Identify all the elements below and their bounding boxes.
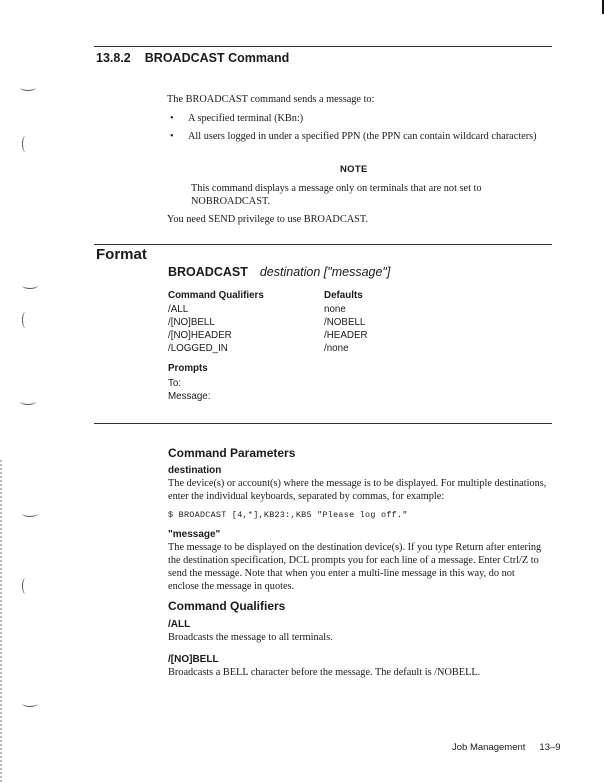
parameters-heading: Command Parameters	[168, 446, 295, 460]
scan-edge-shadow	[0, 460, 2, 783]
format-rule	[94, 244, 552, 245]
format-heading: Format	[96, 246, 147, 263]
section-number: 13.8.2	[96, 51, 131, 65]
qualifier-name: /[NO]HEADER	[168, 330, 324, 343]
punch-mark	[22, 700, 38, 707]
qualifiers-column-header: Command Qualifiers	[168, 290, 324, 303]
punch-mark	[22, 510, 38, 517]
parameter-name: "message"	[168, 529, 220, 540]
section-heading: 13.8.2BROADCAST Command	[96, 51, 289, 65]
punch-mark	[20, 84, 36, 91]
qualifier-detail-text: Broadcasts a BELL character before the m…	[168, 666, 480, 679]
qualifier-default: /HEADER	[324, 330, 474, 343]
qualifiers-heading: Command Qualifiers	[168, 599, 285, 613]
code-example: $ BROADCAST [4,*],KB23:,KB5 "Please log …	[168, 510, 408, 520]
punch-mark	[22, 136, 29, 152]
punch-mark	[20, 398, 36, 405]
qualifier-detail-name: /[NO]BELL	[168, 654, 219, 665]
parameter-description: The message to be displayed on the desti…	[168, 541, 548, 593]
privilege-text: You need SEND privilege to use BROADCAST…	[167, 213, 368, 226]
parameter-description: The device(s) or account(s) where the me…	[168, 477, 558, 503]
qualifier-name: /ALL	[168, 304, 324, 317]
qualifier-detail-text: Broadcasts the message to all terminals.	[168, 631, 333, 644]
qualifier-default: none	[324, 304, 474, 317]
syntax-line: BROADCASTdestination ["message"]	[168, 265, 390, 279]
punch-mark	[22, 282, 38, 289]
parameters-rule	[94, 423, 552, 424]
section-rule	[94, 46, 552, 47]
parameter-name: destination	[168, 465, 221, 476]
bullet-icon: •	[170, 112, 174, 125]
syntax-arguments: destination ["message"]	[260, 265, 390, 279]
prompts-block: Prompts To: Message:	[168, 363, 210, 404]
syntax-command: BROADCAST	[168, 265, 248, 279]
section-title: BROADCAST Command	[145, 51, 289, 65]
defaults-column-header: Defaults	[324, 290, 474, 303]
prompt-item: To:	[168, 378, 210, 391]
footer-chapter: Job Management	[452, 742, 525, 753]
qualifier-name: /LOGGED_IN	[168, 343, 324, 356]
note-text: This command displays a message only on …	[191, 182, 551, 208]
page-footer: Job Management13–9	[452, 742, 561, 753]
punch-mark	[22, 312, 29, 328]
qualifier-name: /[NO]BELL	[168, 317, 324, 330]
page-number: 13–9	[539, 742, 560, 753]
bullet-icon: •	[170, 130, 174, 143]
punch-mark	[22, 578, 29, 594]
qualifier-default: /none	[324, 343, 474, 356]
prompt-item: Message:	[168, 391, 210, 404]
qualifier-table: Command Qualifiers Defaults /ALL none /[…	[168, 290, 488, 360]
intro-lead: The BROADCAST command sends a message to…	[167, 93, 374, 106]
qualifier-detail-name: /ALL	[168, 619, 190, 630]
note-heading: NOTE	[340, 164, 368, 175]
qualifier-default: /NOBELL	[324, 317, 474, 330]
prompts-heading: Prompts	[168, 363, 210, 376]
